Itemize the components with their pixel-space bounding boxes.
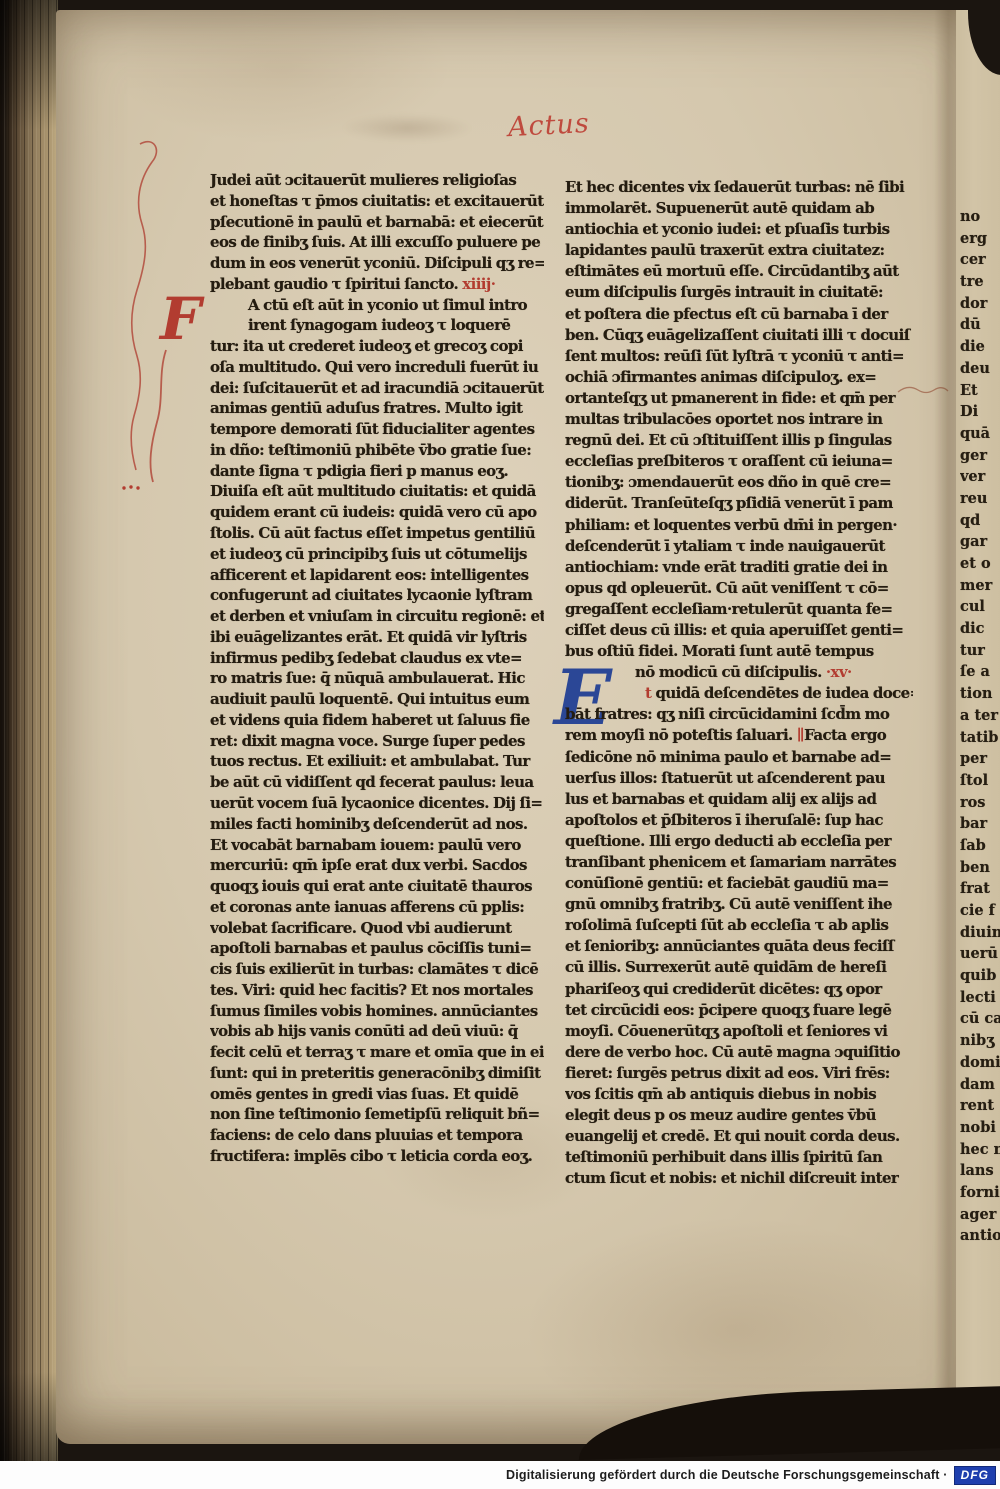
- text-line: tet circūcidi eos: p̄cipere quoqʒ fuare …: [565, 1000, 913, 1021]
- text-line: immolarēt. Supuenerūt autē quidam ab: [565, 198, 913, 219]
- text-line: eſtimātes eū mortuū eſſe. Circūdantibʒ a…: [565, 261, 913, 282]
- left-margin-dots: [122, 485, 139, 489]
- text-line: ros: [960, 792, 1000, 814]
- text-line: volebat ſacrificare. Quod vbi audierunt: [210, 918, 544, 939]
- text-line: tranſibant phenicem et ſamariam narrātes: [565, 852, 913, 873]
- text-line: t quidā deſcendētes de iudea doce=: [565, 683, 913, 704]
- text-line: lus et barnabas et quidam alij ex alijs …: [565, 789, 913, 810]
- text-line: dum in eos venerūt yconiū. Diſcipuli qʒ …: [210, 253, 544, 274]
- text-line: nibʒ: [960, 1030, 1000, 1052]
- text-line: reu: [960, 488, 1000, 510]
- text-line: mer: [960, 575, 1000, 597]
- text-column-left: Judei aūt ɔcitauerūt mulieres religioſas…: [210, 170, 544, 1167]
- text-line: dic: [960, 618, 1000, 640]
- text-line: diderūt. Tranſeūteſqʒ pſidiā venerūt ī p…: [565, 493, 913, 514]
- text-line: ſent multos: reūſi ſūt lyſtrā τ yconiū τ…: [565, 346, 913, 367]
- book-edge-left: [0, 0, 58, 1462]
- text-line: phariſeoʒ qui crediderūt dicētes: qʒ opo…: [565, 979, 913, 1000]
- text-line: omēs gentes in gredi vias ſuas. Et quidē: [210, 1084, 544, 1105]
- facing-page-text-fragments: noergcertredordūdiedeuEtDiquāgerverreuqd…: [960, 206, 1000, 1247]
- text-line: Et: [960, 380, 1000, 402]
- text-line: animas gentiū aduſus fratres. Multo igit: [210, 398, 544, 419]
- text-line: et ſenioribʒ: annūciantes quāta deus fec…: [565, 936, 913, 957]
- text-line: moyſi. Cōuenerūtqʒ apoſtoli et ſeniores …: [565, 1021, 913, 1042]
- text-line: cū illis. Surrexerūt autē quidām de here…: [565, 957, 913, 978]
- text-line: multas tribulacōes oportet nos intrare i…: [565, 409, 913, 430]
- text-line: oſa multitudo. Qui vero increduli fuerūt…: [210, 357, 544, 378]
- text-line: teſtimoniū perhibuit dans illis ſpiritū …: [565, 1147, 913, 1168]
- text-line: tatib: [960, 727, 1000, 749]
- text-line: ſtolis. Cū aūt factus eſſet impetus gent…: [210, 523, 544, 544]
- text-line: forni: [960, 1182, 1000, 1204]
- left-margin-flourish: [131, 142, 156, 470]
- text-line: rent: [960, 1095, 1000, 1117]
- text-line: ibi euāgelizantes erāt. Et quidā vir lyſ…: [210, 627, 544, 648]
- text-line: cie f: [960, 900, 1000, 922]
- text-line: philiam: et loquentes verbū dm̄i in perg…: [565, 515, 913, 536]
- text-line: lecti: [960, 987, 1000, 1009]
- text-line: deu: [960, 358, 1000, 380]
- text-line: dor: [960, 293, 1000, 315]
- text-line: ſumus ſimiles vobis homines. annūciantes: [210, 1001, 544, 1022]
- text-line: eum diſcipulis ſurgēs intrauit in ciuita…: [565, 282, 913, 303]
- text-line: Et hec dicentes vix ſedauerūt turbas: nē…: [565, 177, 913, 198]
- text-line: cer: [960, 249, 1000, 271]
- text-line: antio: [960, 1225, 1000, 1247]
- text-line: lans: [960, 1160, 1000, 1182]
- text-line: dei: ſuſcitauerūt et ad iracundiā ɔcitau…: [210, 378, 544, 399]
- text-line: quib: [960, 965, 1000, 987]
- initial-f-tail: [150, 350, 166, 482]
- text-line: faciens: de celo dans pluuias et tempora: [210, 1125, 544, 1146]
- text-line: gregaſſent eccleſiam·retulerūt quanta fe…: [565, 599, 913, 620]
- text-line: et o: [960, 553, 1000, 575]
- text-line: irent ſynagogam iudeoʒ τ loquerē: [210, 315, 544, 336]
- text-line: ben. Cūqʒ euāgelizaſſent ciuitati illi τ…: [565, 325, 913, 346]
- text-column-right: Et hec dicentes vix ſedauerūt turbas: nē…: [565, 177, 913, 1190]
- text-line: pſecutionē in paulū et barnabā: et eiece…: [210, 212, 544, 233]
- text-line: bāt fratres: qʒ niſi circūcidamini ſcd̄m…: [565, 704, 913, 725]
- text-line: ortanteſqʒ ut pmanerent in fide: et qm̄ …: [565, 388, 913, 409]
- text-line: ger: [960, 445, 1000, 467]
- text-line: et poſtera die pfectus eſt cū barnaba ī …: [565, 304, 913, 325]
- text-line: uerſus illos: ſtatuerūt ut aſcenderent p…: [565, 768, 913, 789]
- text-line: dante ſigna τ pdigia fieri p manus eoʒ.: [210, 461, 544, 482]
- text-line: tur: ita ut crederet iudeoʒ et grecoʒ co…: [210, 336, 544, 357]
- text-line: roſolimā ſuſcepti ſūt ab eccleſia τ ab a…: [565, 915, 913, 936]
- text-line: die: [960, 336, 1000, 358]
- text-line: confugerunt ad ciuitates lycaonie lyſtra…: [210, 585, 544, 606]
- text-line: per: [960, 748, 1000, 770]
- text-line: ſedicōne nō minima paulo et barnabe ad=: [565, 747, 913, 768]
- manuscript-page: Actus F E Judei aūt ɔcitauerūt mulieres …: [56, 10, 1000, 1444]
- text-line: cis ſuis exilierūt in turbas: clamātes τ…: [210, 959, 544, 980]
- text-line: no: [960, 206, 1000, 228]
- text-line: hec n: [960, 1139, 1000, 1161]
- text-line: tuos rectus. Et exiliuit: et ambulabat. …: [210, 751, 544, 772]
- text-line: gar: [960, 531, 1000, 553]
- text-line: nobi: [960, 1117, 1000, 1139]
- text-line: fructifera: implēs cibo τ leticia corda …: [210, 1146, 544, 1167]
- text-line: quā: [960, 423, 1000, 445]
- text-line: antiochiam: vnde erāt traditi gratie dei…: [565, 557, 913, 578]
- text-line: ſtol: [960, 770, 1000, 792]
- text-line: conūſionē gentiū: et faciebāt gaudiū ma=: [565, 873, 913, 894]
- text-line: ben: [960, 857, 1000, 879]
- text-line: ochiā ɔfirmantes animas diſcipuloʒ. ex=: [565, 367, 913, 388]
- text-line: et videns quia fidem haberet ut ſaluus f…: [210, 710, 544, 731]
- text-line: bar: [960, 813, 1000, 835]
- text-line: queſtione. Illi ergo deducti ab eccleſia…: [565, 831, 913, 852]
- text-line: ret: dixit magna voce. Surge ſuper pedes: [210, 731, 544, 752]
- text-line: eos de finibʒ ſuis. At illi excuſſo pulu…: [210, 232, 544, 253]
- text-line: plebant gaudio τ ſpiritui ſancto. xiiij·: [210, 274, 544, 295]
- ink-show-through: [342, 114, 472, 142]
- text-line: apoſtoli barnabas et paulus cōciſſis tun…: [210, 938, 544, 959]
- text-line: A ctū eſt aūt in yconio ut ſimul intro: [210, 295, 544, 316]
- text-line: ſunt: qui in preteritis generacōnibʒ dim…: [210, 1063, 544, 1084]
- text-line: regnū dei. Et cū ɔſtituiſſent illis p ſi…: [565, 430, 913, 451]
- text-line: Diuiſa eſt aūt multitudo ciuitatis: et q…: [210, 481, 544, 502]
- text-line: uerūt vocem ſuā lycaonice dicentes. Dij …: [210, 793, 544, 814]
- text-line: tionibʒ: ɔmendauerūt eos dño in quē cre=: [565, 472, 913, 493]
- text-line: qd: [960, 510, 1000, 532]
- text-line: et iudeoʒ cū principibʒ ſuis ut cōtumeli…: [210, 544, 544, 565]
- text-line: antiochia et yconio iudei: et pſuaſis tu…: [565, 219, 913, 240]
- text-line: infirmus pedibʒ ſedebat claudus ex vte=: [210, 648, 544, 669]
- text-line: diuin: [960, 922, 1000, 944]
- text-line: ſab: [960, 835, 1000, 857]
- text-line: tion: [960, 683, 1000, 705]
- text-line: et coronas ante ianuas afferens cū pplis…: [210, 897, 544, 918]
- text-line: afficerent et lapidarent eos: intelligen…: [210, 565, 544, 586]
- text-line: tre: [960, 271, 1000, 293]
- digitization-credit: Digitalisierung gefördert durch die Deut…: [506, 1468, 948, 1482]
- text-line: dam: [960, 1074, 1000, 1096]
- text-line: Et vocabāt barnabam iouem: paulū vero: [210, 835, 544, 856]
- text-line: et honeſtas τ p̄mos ciuitatis: et excita…: [210, 191, 544, 212]
- text-line: apoſtolos et p̄ſbiteros ī iheruſalē: ſup…: [565, 810, 913, 831]
- text-line: fieret: ſurgēs petrus dixit ad eos. Viri…: [565, 1063, 913, 1084]
- text-line: ro matris ſue: q̄ nūquā ambulauerat. Hic: [210, 668, 544, 689]
- text-line: be aūt cū vidiſſent qd fecerat paulus: l…: [210, 772, 544, 793]
- text-line: euangelij et credē. Et qui nouit corda d…: [565, 1126, 913, 1147]
- text-line: fecit celū et terraʒ τ mare et omīa que …: [210, 1042, 544, 1063]
- text-line: miles facti hominibʒ deſcenderūt ad nos.: [210, 814, 544, 835]
- text-line: ctum ſicut et nobis: et nichil diſcreuit…: [565, 1168, 913, 1189]
- text-line: nō modicū cū diſcipulis. ·xv·: [565, 662, 913, 683]
- text-line: vos ſcitis qm̄ ab antiquis diebus in nob…: [565, 1084, 913, 1105]
- text-line: quidem erant cū iudeis: quidā vero cū ap…: [210, 502, 544, 523]
- text-line: elegit deus p os meuz audire gentes v̄bū: [565, 1105, 913, 1126]
- text-line: dū: [960, 314, 1000, 336]
- text-line: frat: [960, 878, 1000, 900]
- text-line: in dño: teſtimoniū phibēte v̄bo gratie ſ…: [210, 440, 544, 461]
- text-line: lapidantes paulū traxerūt extra ciuitate…: [565, 240, 913, 261]
- scan-corner-bottom-right: [577, 1386, 1000, 1460]
- text-line: tes. Viri: quid hec facitis? Et nos mort…: [210, 980, 544, 1001]
- text-line: et derben et vniuſam in circuitu regionē…: [210, 606, 544, 627]
- text-line: erg: [960, 228, 1000, 250]
- text-line: rem moyſi nō poteſtis ſaluari. ∥Facta er…: [565, 725, 913, 746]
- running-title: Actus: [507, 108, 590, 143]
- text-line: non ſine teſtimonio ſemetipſū reliquit b…: [210, 1104, 544, 1125]
- text-line: dere de verbo hoc. Cū autē magna ɔquiſit…: [565, 1042, 913, 1063]
- text-line: tempore demorati ſūt fiducialiter agente…: [210, 419, 544, 440]
- scan-background: Actus F E Judei aūt ɔcitauerūt mulieres …: [0, 0, 1000, 1489]
- text-line: ciſſet deus cū illis: et quia aperuiſſet…: [565, 620, 913, 641]
- text-line: ver: [960, 466, 1000, 488]
- text-line: cul: [960, 596, 1000, 618]
- text-line: gnū omnibʒ fratribʒ. Cū autē veniſſent i…: [565, 894, 913, 915]
- text-line: tur: [960, 640, 1000, 662]
- text-line: mercuriū: qm̄ ipſe erat dux verbi. Sacdo…: [210, 855, 544, 876]
- text-line: deſcenderūt ī ytaliam τ inde nauigauerūt: [565, 536, 913, 557]
- text-line: uerū: [960, 943, 1000, 965]
- text-line: domi: [960, 1052, 1000, 1074]
- text-line: vobis ab hijs vanis conūti ad deū viuū: …: [210, 1021, 544, 1042]
- text-line: bus oſtiū fidei. Morati ſunt autē tempus: [565, 641, 913, 662]
- text-line: ager: [960, 1204, 1000, 1226]
- dfg-logo: DFG: [954, 1466, 996, 1485]
- text-line: Di: [960, 401, 1000, 423]
- text-line: a ter: [960, 705, 1000, 727]
- text-line: opus qd opleuerūt. Cū aūt veniſſent τ cō…: [565, 578, 913, 599]
- chapter-14-initial: F: [160, 290, 201, 348]
- text-line: ſe a: [960, 661, 1000, 683]
- footer-bar: Digitalisierung gefördert durch die Deut…: [0, 1461, 1000, 1489]
- text-line: Judei aūt ɔcitauerūt mulieres religioſas: [210, 170, 544, 191]
- text-line: cū ca: [960, 1008, 1000, 1030]
- text-line: audiuit paulū loquentē. Qui intuitus eum: [210, 689, 544, 710]
- text-line: eccleſias preſbiteros τ oraſſent cū ieiu…: [565, 451, 913, 472]
- text-line: quoqʒ iouis qui erat ante ciuitatē thaur…: [210, 876, 544, 897]
